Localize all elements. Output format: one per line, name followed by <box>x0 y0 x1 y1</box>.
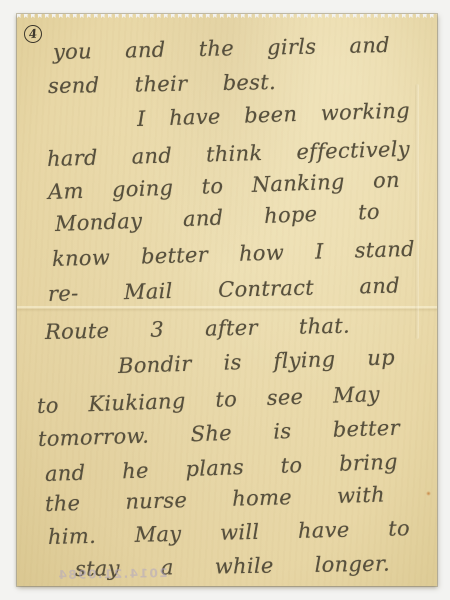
handwritten-line: Bondirisflyingup <box>118 344 396 379</box>
handwritten-line: youandthegirlsand <box>53 32 390 65</box>
handwritten-line: sendtheirbest. <box>48 69 276 99</box>
scan-background: 4 youandthegirlsand sendtheirbest. Ihave… <box>0 0 450 600</box>
letter-page: 4 youandthegirlsand sendtheirbest. Ihave… <box>17 14 437 586</box>
page-number: 4 <box>28 27 38 42</box>
handwritten-line: andheplanstobring <box>45 449 399 487</box>
handwritten-line: toKiukiangtoseeMay <box>37 381 381 419</box>
page-number-badge: 4 <box>23 24 43 44</box>
handwritten-line: tomorrow.Sheisbetter <box>38 415 401 452</box>
handwritten-line: thenursehomewith <box>45 482 386 517</box>
handwritten-line: knowbetterhowIstand <box>52 236 416 272</box>
handwritten-line: hardandthinkeffectively <box>47 136 411 172</box>
handwritten-line: re-MailContractand <box>48 272 401 307</box>
handwritten-line: him.Maywillhaveto <box>48 515 411 550</box>
fold-crease-horizontal <box>17 306 437 312</box>
accession-number-mirrored: 2014.21.0984 <box>57 566 168 582</box>
handwritten-line: Ihavebeenworking <box>137 97 411 132</box>
fold-crease-vertical <box>415 84 419 339</box>
handwritten-line: Route3afterthat. <box>45 313 350 345</box>
torn-edge <box>17 14 437 18</box>
rust-stain-spot <box>426 491 431 496</box>
handwritten-line: Mondayandhopeto <box>55 199 381 237</box>
